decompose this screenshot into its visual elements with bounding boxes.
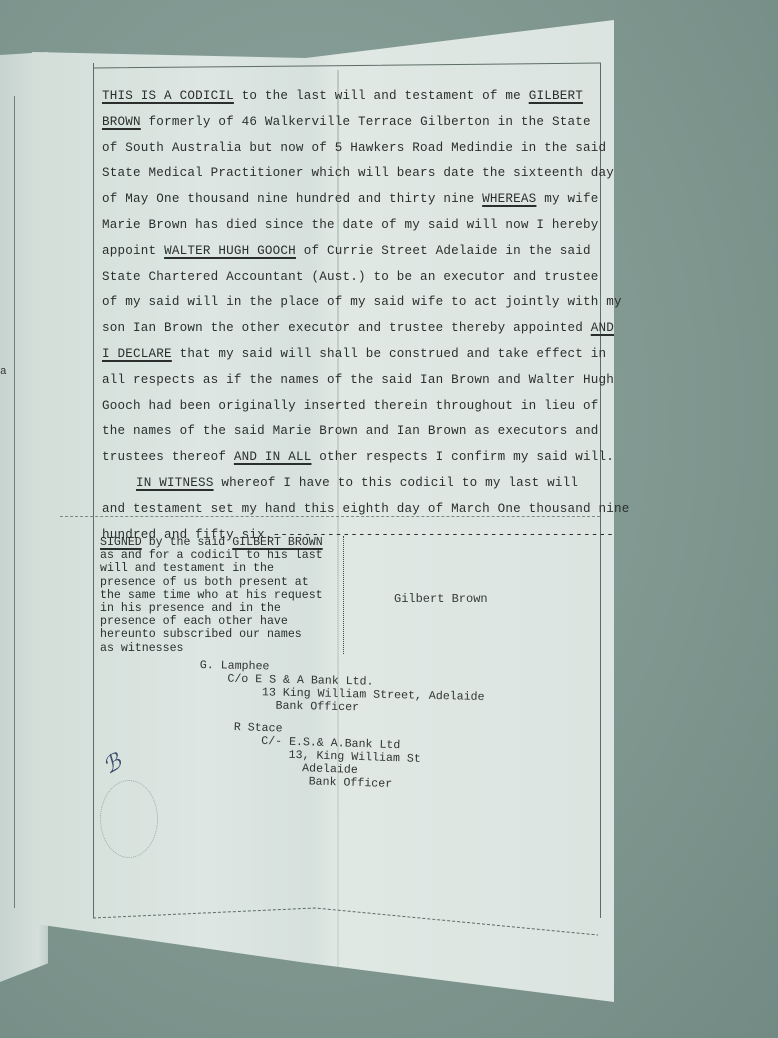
attestation-line: the same time who at his request	[100, 589, 340, 602]
underlined-phrase: AND IN ALL	[234, 450, 312, 464]
margin-guide-line	[60, 516, 600, 517]
body-line: the names of the said Marie Brown and Ia…	[102, 419, 597, 445]
frame-bottom-border	[100, 905, 598, 935]
attestation-line: hereunto subscribed our names	[100, 628, 340, 641]
underlined-phrase: THIS IS A CODICIL	[102, 89, 234, 103]
body-text-segment: and testament set my hand this eighth da…	[102, 502, 630, 516]
body-line: Gooch had been originally inserted there…	[102, 394, 597, 420]
body-line: THIS IS A CODICIL to the last will and t…	[102, 84, 597, 110]
attestation-line: as witnesses	[100, 642, 340, 655]
body-line: Marie Brown has died since the date of m…	[102, 213, 597, 239]
body-text-segment: all respects as if the names of the said…	[102, 373, 614, 387]
attestation-line: presence of each other have	[100, 615, 340, 628]
by-the-said-text: by the said	[142, 536, 232, 549]
attestation-brace	[333, 536, 344, 654]
body-text-segment: whereof I have to this codicil to my las…	[214, 476, 579, 490]
body-text-segment: Marie Brown has died since the date of m…	[102, 218, 598, 232]
body-text-segment: of South Australia but now of 5 Hawkers …	[102, 141, 606, 155]
codicil-body: THIS IS A CODICIL to the last will and t…	[102, 84, 597, 548]
attestation-line: in his presence and in the	[100, 602, 340, 615]
body-text-segment: of Currie Street Adelaide in the said	[296, 244, 591, 258]
testator-signature: Gilbert Brown	[394, 592, 488, 606]
witness-2-block: R Stace C/- E.S.& A.Bank Ltd 13, King Wi…	[232, 721, 422, 792]
attestation-lines: as and for a codicil to his lastwill and…	[100, 549, 340, 655]
body-line: BROWN formerly of 46 Walkerville Terrace…	[102, 110, 597, 136]
body-text-segment: State Medical Practitioner which will be…	[102, 166, 614, 180]
body-text-segment: son Ian Brown the other executor and tru…	[102, 321, 591, 335]
body-text-segment: of my said will in the place of my said …	[102, 295, 622, 309]
testator-name-caps: GILBERT BROWN	[232, 536, 322, 549]
previous-page-text-fragment: a	[0, 366, 7, 378]
underlined-phrase: AND	[591, 321, 614, 335]
body-text-segment: to the last will and testament of me	[234, 89, 529, 103]
body-line: I DECLARE that my said will shall be con…	[102, 342, 597, 368]
body-line: of South Australia but now of 5 Hawkers …	[102, 136, 597, 162]
body-text-segment: formerly of 46 Walkerville Terrace Gilbe…	[141, 115, 591, 129]
body-text-segment: other respects I confirm my said will.	[311, 450, 614, 464]
underlined-phrase: WALTER HUGH GOOCH	[164, 244, 296, 258]
body-text-segment: my wife	[536, 192, 598, 206]
attestation-line: as and for a codicil to his last	[100, 549, 340, 562]
body-text-segment: appoint	[102, 244, 164, 258]
body-text-segment: the names of the said Marie Brown and Ia…	[102, 424, 598, 438]
underlined-phrase: I DECLARE	[102, 347, 172, 361]
body-text-segment: of May One thousand nine hundred and thi…	[102, 192, 482, 206]
body-line: appoint WALTER HUGH GOOCH of Currie Stre…	[102, 239, 597, 265]
attestation-first-line: SIGNED by the said GILBERT BROWN	[100, 536, 340, 549]
underlined-phrase: BROWN	[102, 115, 141, 129]
body-text-segment: trustees thereof	[102, 450, 234, 464]
body-line: son Ian Brown the other executor and tru…	[102, 316, 597, 342]
previous-page-border	[0, 96, 15, 908]
body-line: trustees thereof AND IN ALL other respec…	[102, 445, 597, 471]
body-text-segment: Gooch had been originally inserted there…	[102, 399, 598, 413]
body-line: and testament set my hand this eighth da…	[102, 497, 597, 523]
underlined-phrase: GILBERT	[529, 89, 583, 103]
body-line: all respects as if the names of the said…	[102, 368, 597, 394]
attestation-line: presence of us both present at	[100, 576, 340, 589]
embossed-seal-stamp	[100, 780, 158, 858]
body-line: of May One thousand nine hundred and thi…	[102, 187, 597, 213]
body-line: State Medical Practitioner which will be…	[102, 161, 597, 187]
underlined-phrase: WHEREAS	[482, 192, 536, 206]
underlined-phrase: IN WITNESS	[136, 476, 214, 490]
witness-1-block: G. Lamphee C/o E S & A Bank Ltd. 13 King…	[199, 659, 485, 717]
body-line: of my said will in the place of my said …	[102, 290, 597, 316]
body-text-segment: that my said will shall be construed and…	[172, 347, 606, 361]
body-line: IN WITNESS whereof I have to this codici…	[102, 471, 597, 497]
body-line: State Chartered Accountant (Aust.) to be…	[102, 265, 597, 291]
body-text-segment: State Chartered Accountant (Aust.) to be…	[102, 270, 598, 284]
attestation-line: will and testament in the	[100, 562, 340, 575]
signed-label: SIGNED	[100, 536, 142, 549]
attestation-clause: SIGNED by the said GILBERT BROWN as and …	[100, 536, 340, 655]
